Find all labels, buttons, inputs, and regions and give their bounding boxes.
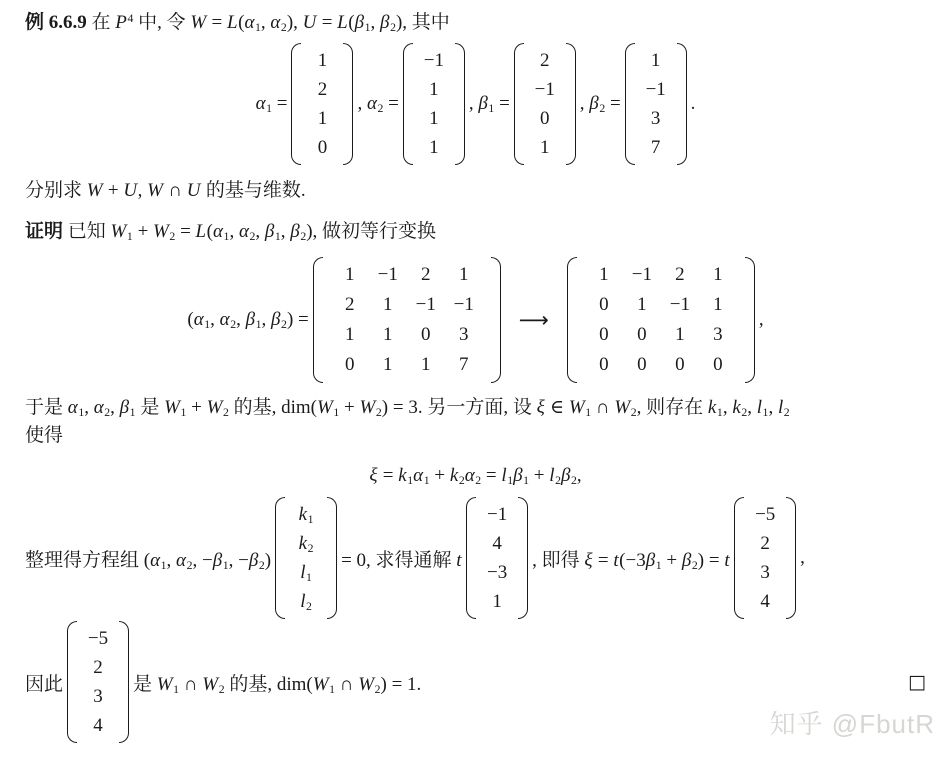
vector-cell: −5 bbox=[83, 624, 113, 653]
subscript: 1 bbox=[308, 513, 314, 526]
vector-column: −1111 bbox=[415, 43, 453, 165]
bold-text: 例 6.6.9 bbox=[25, 12, 87, 33]
subscript: 1 bbox=[585, 406, 591, 419]
math-var: W bbox=[317, 397, 333, 418]
matrix-cell: 7 bbox=[445, 350, 483, 380]
paren-left bbox=[625, 43, 635, 165]
subscript: 1 bbox=[127, 230, 133, 243]
vector-cell: 1 bbox=[307, 104, 337, 133]
text-run: . bbox=[691, 93, 696, 114]
math-var: ξ bbox=[369, 465, 378, 486]
vector-cell: −1 bbox=[419, 46, 449, 75]
solve-mid-text: = 0, 求得通解 t bbox=[341, 545, 462, 572]
vector-cell: 0 bbox=[307, 133, 337, 162]
vector-cell: k1 bbox=[291, 500, 321, 529]
text-run: 是 bbox=[136, 397, 165, 418]
solve-pre-text: 整理得方程组 (α1, α2, −β1, −β2) bbox=[25, 545, 271, 572]
matrix-cell: 2 bbox=[407, 260, 445, 290]
matrix-cell: 0 bbox=[585, 290, 623, 320]
math-var: β bbox=[271, 309, 281, 330]
math-var: β bbox=[513, 465, 523, 486]
math-text: α1, α2, β1 bbox=[68, 397, 136, 418]
math-text: W1 + W2 bbox=[317, 397, 382, 418]
intersection-basis-vector: −5234 bbox=[67, 621, 129, 743]
math-var: W bbox=[202, 674, 218, 695]
vector-column: −14−31 bbox=[478, 497, 516, 619]
subscript: 1 bbox=[255, 21, 261, 34]
solve-mid2-text: , 即得 ξ = t(−3β1 + β2) = t bbox=[532, 545, 730, 572]
subscript: 2 bbox=[692, 558, 698, 571]
vector-label-alpha1: α1 = bbox=[256, 93, 288, 115]
vector-cell: 2 bbox=[530, 46, 560, 75]
matrix-cell: 0 bbox=[623, 350, 661, 380]
matrix-grid: 1−12121−1−111030117 bbox=[325, 257, 489, 383]
vector-cell: −1 bbox=[530, 75, 560, 104]
matrix-cell: −1 bbox=[445, 290, 483, 320]
text-run: 因此 bbox=[25, 674, 63, 695]
subscript: 2 bbox=[459, 474, 465, 487]
subscript: 2 bbox=[390, 21, 396, 34]
math-var: β bbox=[265, 221, 275, 242]
math-var: W bbox=[360, 397, 376, 418]
vector-label-beta1: , β1 = bbox=[469, 93, 510, 115]
matrix-cell: 0 bbox=[585, 320, 623, 350]
xi-result-vector: −5234 bbox=[734, 497, 796, 619]
subscript: 1 bbox=[161, 558, 167, 571]
paren-left bbox=[291, 43, 301, 165]
vector-cell: 2 bbox=[83, 653, 113, 682]
math-var: α bbox=[270, 12, 281, 33]
math-text: W = L(α1, α2), U = L(β1, β2) bbox=[190, 12, 402, 33]
math-text: t bbox=[456, 550, 462, 571]
text-run: 已知 bbox=[63, 221, 111, 242]
paren-right bbox=[786, 497, 796, 619]
math-var: β bbox=[249, 550, 259, 571]
math-var: β bbox=[561, 465, 571, 486]
subscript: 2 bbox=[104, 406, 110, 419]
general-solution-vector: −14−31 bbox=[466, 497, 528, 619]
text-run: 的基, dim( bbox=[225, 674, 313, 695]
math-text: W1 ∩ W2 bbox=[157, 674, 225, 695]
vector-cell: 4 bbox=[482, 529, 512, 558]
text-run: 中, 令 bbox=[133, 12, 190, 33]
math-text: P4 bbox=[115, 12, 133, 33]
subscript: 1 bbox=[333, 406, 339, 419]
matrix-cell: 3 bbox=[445, 320, 483, 350]
matrix-grid: 1−12101−1100130000 bbox=[579, 257, 743, 383]
paren-right bbox=[343, 43, 353, 165]
matrix-cell: 1 bbox=[369, 290, 407, 320]
subscript: 2 bbox=[378, 102, 384, 115]
conclusion-text: 是 W1 ∩ W2 的基, dim(W1 ∩ W2) = 1. bbox=[133, 669, 421, 696]
subscript: 2 bbox=[784, 406, 790, 419]
subscript: 2 bbox=[306, 600, 312, 613]
vector-cell: l2 bbox=[291, 587, 321, 616]
math-var: β bbox=[213, 550, 223, 571]
text-run: ) = 1. bbox=[381, 674, 422, 695]
math-var: α bbox=[244, 12, 255, 33]
display-period: . bbox=[691, 93, 696, 115]
matrix-cell: 0 bbox=[661, 350, 699, 380]
matrix-cell: 3 bbox=[699, 320, 737, 350]
vector-cell: 1 bbox=[419, 133, 449, 162]
text-run: , 做初等行变换 bbox=[313, 221, 437, 242]
subscript: 2 bbox=[571, 474, 577, 487]
math-var: W bbox=[190, 12, 206, 33]
subscript: 1 bbox=[180, 406, 186, 419]
solve-trailing-comma: , bbox=[800, 547, 805, 569]
vector-cell: 3 bbox=[750, 558, 780, 587]
vector-cell: l1 bbox=[291, 558, 321, 587]
math-var: α bbox=[213, 221, 224, 242]
math-text: (α1, α2, −β1, −β2) bbox=[144, 550, 271, 571]
matrix-cell: 0 bbox=[623, 320, 661, 350]
vector-column: k1k2l1l2 bbox=[287, 497, 325, 619]
subscript: 2 bbox=[475, 474, 481, 487]
text-run: 在 bbox=[87, 12, 116, 33]
vector-cell: 1 bbox=[482, 587, 512, 616]
math-var: α bbox=[367, 93, 378, 114]
vector-alpha2: −1111 bbox=[403, 43, 465, 165]
vector-column: 2−101 bbox=[526, 43, 564, 165]
matrix-cell: 1 bbox=[445, 260, 483, 290]
math-text: W1 + W2 bbox=[164, 397, 229, 418]
subscript: 1 bbox=[173, 682, 179, 695]
vector-cell: 3 bbox=[641, 104, 671, 133]
matrix-cell: −1 bbox=[661, 290, 699, 320]
math-var: β bbox=[682, 550, 692, 571]
math-text: k1, k2, l1, l2 bbox=[708, 397, 790, 418]
vector-cell: 2 bbox=[307, 75, 337, 104]
math-text: (α1, α2, β1, β2) = bbox=[187, 309, 308, 330]
math-var: α bbox=[220, 309, 231, 330]
vector-def-beta2: , β2 = 1−137 bbox=[580, 43, 691, 165]
vector-label-beta2: , β2 = bbox=[580, 93, 621, 115]
math-var: β bbox=[646, 550, 656, 571]
math-var: k bbox=[299, 533, 308, 554]
math-text: ξ = t(−3β1 + β2) = t bbox=[584, 550, 730, 571]
math-var: α bbox=[239, 221, 250, 242]
matrix-cell: 1 bbox=[699, 290, 737, 320]
vector-cell: −1 bbox=[482, 500, 512, 529]
math-text: α1 = bbox=[256, 93, 288, 114]
vector-def-alpha2: , α2 = −1111 bbox=[357, 43, 468, 165]
reduction-trailing-comma: , bbox=[759, 309, 764, 331]
math-var: α bbox=[194, 309, 205, 330]
vector-cell: 1 bbox=[641, 46, 671, 75]
subscript: 1 bbox=[223, 558, 229, 571]
vector-beta1: 2−101 bbox=[514, 43, 576, 165]
matrix-cell: 1 bbox=[699, 260, 737, 290]
vector-cell: 1 bbox=[419, 75, 449, 104]
subscript: 2 bbox=[187, 558, 193, 571]
math-text: ξ = k1α1 + k2α2 = l1β1 + l2β2, bbox=[369, 465, 581, 486]
subscript: 1 bbox=[523, 474, 529, 487]
vector-cell: 1 bbox=[419, 104, 449, 133]
subscript: 2 bbox=[259, 558, 265, 571]
math-var: k bbox=[398, 465, 407, 486]
text-run: 的基与维数. bbox=[201, 180, 306, 201]
subscript: 1 bbox=[424, 474, 430, 487]
paren-left bbox=[67, 621, 77, 743]
matrix-cell: 1 bbox=[661, 320, 699, 350]
vector-cell: 2 bbox=[750, 529, 780, 558]
math-var: β bbox=[246, 309, 256, 330]
matrix-cell: 2 bbox=[661, 260, 699, 290]
subscript: 1 bbox=[204, 318, 210, 331]
matrix-cell: 1 bbox=[585, 260, 623, 290]
math-var: W bbox=[614, 397, 630, 418]
math-text: W1 ∩ W2 bbox=[313, 674, 381, 695]
subscript: 1 bbox=[329, 682, 335, 695]
problem-heading-line: 例 6.6.9 在 P4 中, 令 W = L(α1, α2), U = L(β… bbox=[0, 0, 951, 36]
vector-cell: 4 bbox=[83, 711, 113, 740]
math-var: α bbox=[150, 550, 161, 571]
vector-definitions-row: α1 = 1210 , α2 = −1111 , β1 = 2−101 , β2… bbox=[0, 38, 951, 170]
paren-right bbox=[455, 43, 465, 165]
matrix-after: 1−12101−1100130000 bbox=[567, 257, 755, 383]
matrix-cell: 1 bbox=[623, 290, 661, 320]
basis-dimension-line: 于是 α1, α2, β1 是 W1 + W2 的基, dim(W1 + W2)… bbox=[0, 394, 951, 422]
math-var: W bbox=[111, 221, 127, 242]
math-var: ξ bbox=[537, 397, 546, 418]
subscript: 1 bbox=[306, 571, 312, 584]
paren-right bbox=[566, 43, 576, 165]
text-run: , 则存在 bbox=[637, 397, 708, 418]
proof-intro-line: 证明 已知 W1 + W2 = L(α1, α2, β1, β2), 做初等行变… bbox=[0, 219, 951, 245]
paren-right bbox=[677, 43, 687, 165]
math-var: β bbox=[290, 221, 300, 242]
math-var: β bbox=[355, 12, 365, 33]
matrix-cell: 0 bbox=[585, 350, 623, 380]
math-var: t bbox=[456, 550, 462, 571]
subscript: 2 bbox=[599, 102, 605, 115]
find-basis-line: 分别求 W + U, W ∩ U 的基与维数. bbox=[0, 174, 951, 204]
such-that-line: 使得 bbox=[0, 422, 951, 450]
matrix-cell: 2 bbox=[331, 290, 369, 320]
math-var: α bbox=[256, 93, 267, 114]
vector-cell: k2 bbox=[291, 529, 321, 558]
math-var: L bbox=[337, 12, 348, 33]
solve-system-row: 整理得方程组 (α1, α2, −β1, −β2) k1k2l1l2 = 0, … bbox=[0, 497, 951, 619]
subscript: 1 bbox=[224, 230, 230, 243]
matrix-cell: −1 bbox=[623, 260, 661, 290]
subscript: 1 bbox=[275, 230, 281, 243]
vector-cell: 0 bbox=[530, 104, 560, 133]
subscript: 2 bbox=[300, 230, 306, 243]
text-run: 使得 bbox=[25, 425, 63, 446]
subscript: 2 bbox=[230, 318, 236, 331]
math-var: W bbox=[207, 397, 223, 418]
subscript: 1 bbox=[488, 102, 494, 115]
math-var: P bbox=[115, 12, 127, 33]
text-run: , 其中 bbox=[402, 12, 450, 33]
vector-column: 1210 bbox=[303, 43, 341, 165]
text-run: 是 bbox=[133, 674, 157, 695]
text-run: , 即得 bbox=[532, 550, 584, 571]
math-var: L bbox=[227, 12, 238, 33]
math-var: W bbox=[313, 674, 329, 695]
vector-cell: 3 bbox=[83, 682, 113, 711]
text-run: , bbox=[469, 93, 479, 114]
row-reduction-display: (α1, α2, β1, β2) = 1−12121−1−111030117 ⟶… bbox=[0, 252, 951, 388]
subscript: 2 bbox=[281, 21, 287, 34]
subscript: 1 bbox=[78, 406, 84, 419]
text-run: 的基, dim( bbox=[229, 397, 317, 418]
vector-cell: −3 bbox=[482, 558, 512, 587]
math-var: β bbox=[120, 397, 130, 418]
paren-left bbox=[734, 497, 744, 619]
math-text: β2 = bbox=[589, 93, 620, 114]
math-text: W + U, W ∩ U bbox=[87, 180, 201, 201]
math-var: α bbox=[68, 397, 79, 418]
subscript: 1 bbox=[763, 406, 769, 419]
text-run: 于是 bbox=[25, 397, 68, 418]
document-page: 例 6.6.9 在 P4 中, 令 W = L(α1, α2), U = L(β… bbox=[0, 0, 951, 761]
vector-cell: 4 bbox=[750, 587, 780, 616]
matrix-cell: 1 bbox=[407, 350, 445, 380]
math-var: k bbox=[732, 397, 741, 418]
paren-left bbox=[514, 43, 524, 165]
vector-column: −5234 bbox=[746, 497, 784, 619]
matrix-cell: 1 bbox=[331, 320, 369, 350]
math-var: t bbox=[724, 550, 730, 571]
subscript: 2 bbox=[308, 542, 314, 555]
paren-left bbox=[403, 43, 413, 165]
vector-beta2: 1−137 bbox=[625, 43, 687, 165]
math-var: W bbox=[147, 180, 163, 201]
text-run: , bbox=[800, 547, 805, 568]
vector-cell: −1 bbox=[641, 75, 671, 104]
vector-column: 1−137 bbox=[637, 43, 675, 165]
subscript: 1 bbox=[266, 102, 272, 115]
vector-alpha1: 1210 bbox=[291, 43, 353, 165]
vector-cell: 1 bbox=[530, 133, 560, 162]
math-var: W bbox=[157, 674, 173, 695]
math-var: k bbox=[708, 397, 717, 418]
qed-box: □ bbox=[908, 671, 926, 693]
conclusion-pre-text: 因此 bbox=[25, 669, 63, 696]
math-var: U bbox=[187, 180, 201, 201]
matrix-cell: 0 bbox=[331, 350, 369, 380]
matrix-cell: 0 bbox=[407, 320, 445, 350]
matrix-cell: 1 bbox=[369, 350, 407, 380]
vector-cell: −5 bbox=[750, 500, 780, 529]
math-var: W bbox=[358, 674, 374, 695]
paren-left bbox=[313, 257, 323, 383]
vector-cell: 1 bbox=[307, 46, 337, 75]
math-var: β bbox=[589, 93, 599, 114]
math-var: α bbox=[465, 465, 476, 486]
text-run: 整理得方程组 bbox=[25, 550, 144, 571]
text-run: , bbox=[759, 309, 764, 330]
paren-left bbox=[567, 257, 577, 383]
matrix-cell: −1 bbox=[407, 290, 445, 320]
matrix-cell: 1 bbox=[331, 260, 369, 290]
paren-right bbox=[119, 621, 129, 743]
watermark: 知乎 @FbutR bbox=[770, 704, 935, 741]
subscript: 1 bbox=[365, 21, 371, 34]
paren-right bbox=[327, 497, 337, 619]
vector-cell: 7 bbox=[641, 133, 671, 162]
math-var: U bbox=[123, 180, 137, 201]
text-run: , bbox=[580, 93, 590, 114]
math-text: β1 = bbox=[478, 93, 509, 114]
subscript: 2 bbox=[169, 230, 175, 243]
text-run: 分别求 bbox=[25, 180, 87, 201]
paren-left bbox=[466, 497, 476, 619]
paren-right bbox=[745, 257, 755, 383]
long-right-arrow-icon: ⟶ bbox=[519, 308, 549, 332]
math-var: k bbox=[299, 504, 308, 525]
math-var: W bbox=[569, 397, 585, 418]
subscript: 2 bbox=[741, 406, 747, 419]
paren-right bbox=[491, 257, 501, 383]
math-var: L bbox=[196, 221, 207, 242]
matrix-cell: −1 bbox=[369, 260, 407, 290]
text-run: ) = 3. 另一方面, 设 bbox=[382, 397, 537, 418]
math-var: W bbox=[164, 397, 180, 418]
vector-def-beta1: , β1 = 2−101 bbox=[469, 43, 580, 165]
bold-text: 证明 bbox=[25, 221, 63, 242]
reduction-lhs-label: (α1, α2, β1, β2) = bbox=[187, 309, 308, 331]
math-var: t bbox=[613, 550, 619, 571]
math-var: α bbox=[176, 550, 187, 571]
math-var: U bbox=[303, 12, 317, 33]
math-var: α bbox=[413, 465, 424, 486]
subscript: 1 bbox=[656, 558, 662, 571]
unknowns-vector: k1k2l1l2 bbox=[275, 497, 337, 619]
math-var: β bbox=[478, 93, 488, 114]
vector-label-alpha2: , α2 = bbox=[357, 93, 398, 115]
math-var: β bbox=[380, 12, 390, 33]
subscript: 2 bbox=[281, 318, 287, 331]
math-var: W bbox=[153, 221, 169, 242]
math-text: W1 + W2 = L(α1, α2, β1, β2) bbox=[111, 221, 313, 242]
matrix-cell: 0 bbox=[699, 350, 737, 380]
paren-left bbox=[275, 497, 285, 619]
math-text: ξ ∈ W1 ∩ W2 bbox=[537, 397, 637, 418]
text-run: , bbox=[357, 93, 367, 114]
vector-column: −5234 bbox=[79, 621, 117, 743]
subscript: 2 bbox=[249, 230, 255, 243]
math-var: W bbox=[87, 180, 103, 201]
text-run: = 0, 求得通解 bbox=[341, 550, 456, 571]
vector-def-alpha1: α1 = 1210 bbox=[256, 43, 358, 165]
matrix-before: 1−12121−1−111030117 bbox=[313, 257, 501, 383]
matrix-cell: 1 bbox=[369, 320, 407, 350]
math-var: ξ bbox=[584, 550, 593, 571]
math-var: k bbox=[450, 465, 459, 486]
paren-right bbox=[518, 497, 528, 619]
subscript: 1 bbox=[256, 318, 262, 331]
xi-equation-line: ξ = k1α1 + k2α2 = l1β1 + l2β2, bbox=[0, 462, 951, 489]
math-var: α bbox=[94, 397, 105, 418]
math-text: α2 = bbox=[367, 93, 399, 114]
subscript: 1 bbox=[717, 406, 723, 419]
